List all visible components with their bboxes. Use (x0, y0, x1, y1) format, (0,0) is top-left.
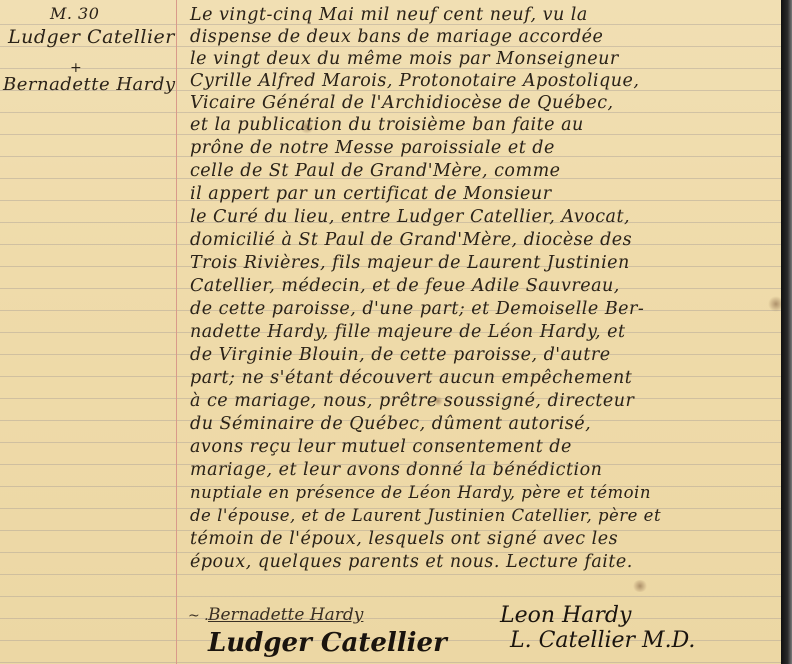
body-line: mariage, et leur avons donné la bénédict… (190, 459, 775, 481)
body-line: Cyrille Alfred Marois, Protonotaire Apos… (190, 70, 775, 92)
signature-groom-father: L. Catellier M.D. (510, 628, 695, 653)
body-line: domicilié à St Paul de Grand'Mère, diocè… (190, 229, 775, 251)
body-line: du Séminaire de Québec, dûment autorisé, (190, 413, 775, 435)
body-line: Catellier, médecin, et de feue Adile Sau… (190, 275, 775, 297)
signature-bride: Bernadette Hardy (208, 605, 363, 625)
body-line: prône de notre Messe paroissiale et de (190, 137, 775, 159)
body-line: Le vingt-cinq Mai mil neuf cent neuf, vu… (190, 4, 775, 26)
body-line: dispense de deux bans de mariage accordé… (190, 26, 775, 48)
margin-groom-name: Ludger Catellier (8, 26, 175, 48)
body-line: il appert par un certificat de Monsieur (190, 183, 775, 205)
margin-bride-name: Bernadette Hardy (3, 74, 176, 95)
body-line: celle de St Paul de Grand'Mère, comme (190, 160, 775, 182)
register-page: M. 30 Ludger Catellier + Bernadette Hard… (0, 0, 781, 664)
book-binding-edge (781, 0, 792, 664)
signature-mark: ~ . (188, 608, 209, 624)
body-line: Trois Rivières, fils majeur de Laurent J… (190, 252, 775, 274)
body-line: part; ne s'étant découvert aucun empêche… (190, 367, 775, 389)
body-line: le vingt deux du même mois par Monseigne… (190, 48, 775, 70)
ink-stain (632, 580, 648, 592)
body-line: de cette paroisse, d'une part; et Demois… (190, 298, 775, 320)
body-line: nadette Hardy, fille majeure de Léon Har… (190, 321, 775, 343)
body-line: Vicaire Général de l'Archidiocèse de Qué… (190, 92, 775, 114)
body-line: et la publication du troisième ban faite… (190, 114, 775, 136)
signature-groom: Ludger Catellier (208, 628, 447, 658)
body-line: de l'épouse, et de Laurent Justinien Cat… (190, 505, 775, 527)
body-line: époux, quelques parents et nous. Lecture… (190, 551, 775, 573)
body-line: à ce mariage, nous, prêtre soussigné, di… (190, 390, 775, 412)
body-line: de Virginie Blouin, de cette paroisse, d… (190, 344, 775, 366)
body-line: le Curé du lieu, entre Ludger Catellier,… (190, 206, 775, 228)
margin-rule (176, 0, 177, 664)
body-line: avons reçu leur mutuel consentement de (190, 436, 775, 458)
entry-number: M. 30 (50, 4, 99, 23)
body-line: témoin de l'époux, lesquels ont signé av… (190, 528, 775, 550)
signature-bride-father: Leon Hardy (500, 603, 631, 628)
body-line: nuptiale en présence de Léon Hardy, père… (190, 482, 775, 504)
